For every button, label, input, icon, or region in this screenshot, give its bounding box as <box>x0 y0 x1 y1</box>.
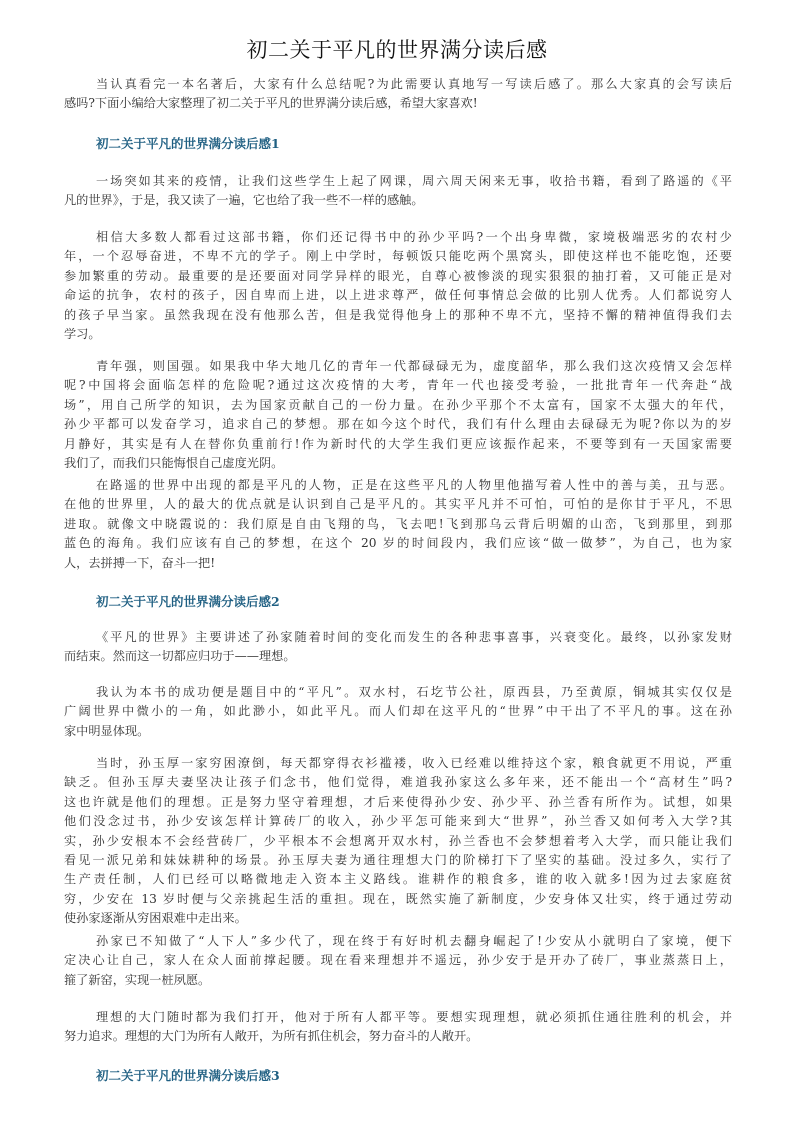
text-line: 学习。 <box>64 325 732 344</box>
section-heading: 初二关于平凡的世界满分读后感3 <box>96 1067 280 1085</box>
text-line: 箍了新窑，实现一桩夙愿。 <box>64 971 732 990</box>
section-heading: 初二关于平凡的世界满分读后感1 <box>96 135 280 153</box>
text-line: 蓝色的海角。我们应该有自己的梦想，在这个 20 岁的时间段内，我们应该“做一做梦… <box>64 534 732 553</box>
text-line: 他们没念过书，孙少安该怎样计算砖厂的收入，孙少平怎可能来到大“世界”，孙兰香又如… <box>64 812 732 831</box>
text-line: 穷，少安在 13 岁时便与父亲挑起生活的重担。现在，既然实施了新制度，少安身体又… <box>64 890 732 909</box>
text-line: 孙少平都可以发奋学习，追求自己的梦想。那在如今这个时代，我们有什么理由去碌碌无为… <box>64 415 732 434</box>
text-line: 努力追求。理想的大门为所有人敞开，为所有抓住机会，努力奋斗的人敞开。 <box>64 1027 732 1046</box>
paragraph: 《平凡的世界》主要讲述了孙家随着时间的变化而发生的各种悲事喜事，兴衰变化。最终，… <box>64 628 732 667</box>
section-heading: 初二关于平凡的世界满分读后感2 <box>96 593 280 611</box>
text-line: 孙家已不知做了“人下人”多少代了，现在终于有好时机去翻身崛起了!少安从小就明白了… <box>64 932 732 951</box>
text-line: 缺乏。但孙玉厚夫妻坚决让孩子们念书，他们觉得，难道我孙家这么多年来，还不能出一个… <box>64 773 732 792</box>
text-line: 进取。就像文中晓霞说的：我们原是自由飞翔的鸟，飞去吧!飞到那乌云背后明媚的山峦，… <box>64 515 732 534</box>
text-line: 《平凡的世界》主要讲述了孙家随着时间的变化而发生的各种悲事喜事，兴衰变化。最终，… <box>64 628 732 647</box>
text-line: 在路遥的世界中出现的都是平凡的人物，正是在这些平凡的人物里他描写着人性中的善与美… <box>64 476 732 495</box>
text-line: 我们了，而我们只能悔恨自己虚度光阴。 <box>64 454 732 473</box>
text-line: 当时，孙玉厚一家穷困潦倒，每天都穿得衣衫褴褛，收入已经难以维持这个家，粮食就更不… <box>64 754 732 773</box>
paragraph: 相信大多数人都看过这部书籍，你们还记得书中的孙少平吗?一个出身卑微，家境极端恶劣… <box>64 228 732 344</box>
document-page: 初二关于平凡的世界满分读后感 当认真看完一本名著后，大家有什么总结呢?为此需要认… <box>0 0 794 1123</box>
text-line: 呢?中国将会面临怎样的危险呢?通过这次疫情的大考，青年一代也接受考验，一批批青年… <box>64 376 732 395</box>
paragraph: 在路遥的世界中出现的都是平凡的人物，正是在这些平凡的人物里他描写着人性中的善与美… <box>64 476 732 573</box>
text-line: 广阔世界中微小的一角，如此渺小，如此平凡。而人们却在这平凡的“世界”中干出了不平… <box>64 702 732 721</box>
text-line: 定决心让自己，家人在众人面前撑起腰。现在看来理想并不遥远，孙少安于是开办了砖厂，… <box>64 951 732 970</box>
text-line: 年，一个忍辱奋进，不卑不亢的学子。刚上中学时，每顿饭只能吃两个黑窝头，即使这样也… <box>64 247 732 266</box>
text-line: 生产责任制，人们已经可以略微地走入资本主义路线。谁耕作的粮食多，谁的收入就多!因… <box>64 870 732 889</box>
text-line: 使孙家逐渐从穷困艰难中走出来。 <box>64 909 732 928</box>
text-line: 理想的大门随时都为我们打开，他对于所有人都平等。要想实现理想，就必须抓住通往胜利… <box>64 1008 732 1027</box>
text-line: 看见一派兄弟和妹妹耕种的场景。孙玉厚夫妻为通往理想大门的阶梯打下了坚实的基础。没… <box>64 851 732 870</box>
text-line: 场”，用自己所学的知识，去为国家贡献自己的一份力量。在孙少平那个不太富有，国家不… <box>64 396 732 415</box>
text-line: 而结束。然而这一切都应归功于——理想。 <box>64 647 732 666</box>
paragraph: 理想的大门随时都为我们打开，他对于所有人都平等。要想实现理想，就必须抓住通往胜利… <box>64 1008 732 1047</box>
paragraph: 一场突如其来的疫情，让我们这些学生上起了网课，周六周天闲来无事，收拾书籍，看到了… <box>64 172 732 211</box>
paragraph: 孙家已不知做了“人下人”多少代了，现在终于有好时机去翻身崛起了!少安从小就明白了… <box>64 932 732 990</box>
text-line: 一场突如其来的疫情，让我们这些学生上起了网课，周六周天闲来无事，收拾书籍，看到了… <box>64 172 732 191</box>
text-line: 凡的世界》，于是，我又读了一遍，它也给了我一些不一样的感触。 <box>64 191 732 210</box>
text-line: 月静好，其实是有人在替你负重前行!作为新时代的大学生我们更应该振作起来，不要等到… <box>64 435 732 454</box>
text-line: 感吗?下面小编给大家整理了初二关于平凡的世界满分读后感，希望大家喜欢! <box>64 94 732 113</box>
text-line: 人，去拼搏一下，奋斗一把! <box>64 554 732 573</box>
paragraph: 当时，孙玉厚一家穷困潦倒，每天都穿得衣衫褴褛，收入已经难以维持这个家，粮食就更不… <box>64 754 732 929</box>
text-line: 我认为本书的成功便是题目中的“平凡”。双水村，石圪节公社，原西县，乃至黄原，铜城… <box>64 683 732 702</box>
page-title: 初二关于平凡的世界满分读后感 <box>0 34 794 64</box>
text-line: 参加繁重的劳动。最重要的是还要面对同学异样的眼光，自尊心被惨淡的现实狠狠的抽打着… <box>64 267 732 286</box>
text-line: 青年强，则国强。如果我中华大地几亿的青年一代都碌碌无为，虚度韶华，那么我们这次疫… <box>64 357 732 376</box>
text-line: 实，孙少安根本不会经营砖厂，少平根本不会想离开双水村，孙兰香也不会梦想着考入大学… <box>64 832 732 851</box>
intro-paragraph: 当认真看完一本名著后，大家有什么总结呢?为此需要认真地写一写读后感了。那么大家真… <box>64 75 732 114</box>
text-line: 这也许就是他们的理想。正是努力坚守着理想，才后来使得孙少安、孙少平、孙兰香有所作… <box>64 793 732 812</box>
text-line: 的孩子早当家。虽然我现在没有他那么苦，但是我觉得他身上的那种不卑不亢，坚持不懈的… <box>64 306 732 325</box>
text-line: 命运的抗争，农村的孩子，因自卑而上进，以上进求尊严，做任何事情总会做的比别人优秀… <box>64 286 732 305</box>
paragraph: 我认为本书的成功便是题目中的“平凡”。双水村，石圪节公社，原西县，乃至黄原，铜城… <box>64 683 732 741</box>
text-line: 当认真看完一本名著后，大家有什么总结呢?为此需要认真地写一写读后感了。那么大家真… <box>64 75 732 94</box>
text-line: 相信大多数人都看过这部书籍，你们还记得书中的孙少平吗?一个出身卑微，家境极端恶劣… <box>64 228 732 247</box>
text-line: 在他的世界里，人的最大的优点就是认识到自己是平凡的。其实平凡并不可怕，可怕的是你… <box>64 495 732 514</box>
text-line: 家中明显体现。 <box>64 722 732 741</box>
paragraph: 青年强，则国强。如果我中华大地几亿的青年一代都碌碌无为，虚度韶华，那么我们这次疫… <box>64 357 732 473</box>
